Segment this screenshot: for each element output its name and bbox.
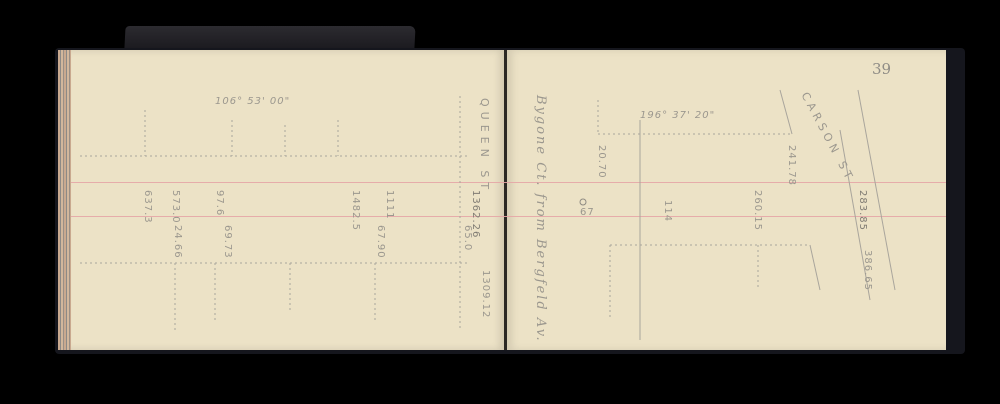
right-bearing: 196° 37' 20" bbox=[640, 110, 715, 121]
left-bottom-reading: 1309.12 bbox=[480, 270, 491, 318]
left-reading: 65.0 bbox=[462, 225, 473, 251]
left-reading: 69.73 bbox=[222, 225, 233, 259]
page-number: 39 bbox=[872, 60, 891, 78]
right-point-label: 67 bbox=[580, 207, 595, 218]
left-reading: 573.0 bbox=[170, 190, 181, 224]
left-reading: 24.66 bbox=[172, 225, 183, 259]
right-reading: 283.85 bbox=[857, 190, 868, 231]
right-reading: 114 bbox=[662, 200, 673, 222]
right-reading: 241.78 bbox=[786, 145, 797, 186]
left-bearing: 106° 53' 00" bbox=[215, 96, 290, 107]
left-reading: 97.6 bbox=[214, 190, 225, 216]
right-reading: 20.70 bbox=[596, 145, 607, 179]
left-reading: 1482.5 bbox=[350, 190, 361, 231]
left-reading: 637.3 bbox=[142, 190, 153, 224]
left-reading: 67.90 bbox=[375, 225, 386, 259]
left-street-label: QUEEN ST bbox=[478, 98, 491, 194]
left-reading: 1111 bbox=[384, 190, 395, 219]
right-reading: 386.65 bbox=[862, 250, 873, 291]
right-reading: 260.15 bbox=[752, 190, 763, 231]
right-margin-note: Bygone Ct. from Bergfeld Av. bbox=[533, 95, 548, 343]
